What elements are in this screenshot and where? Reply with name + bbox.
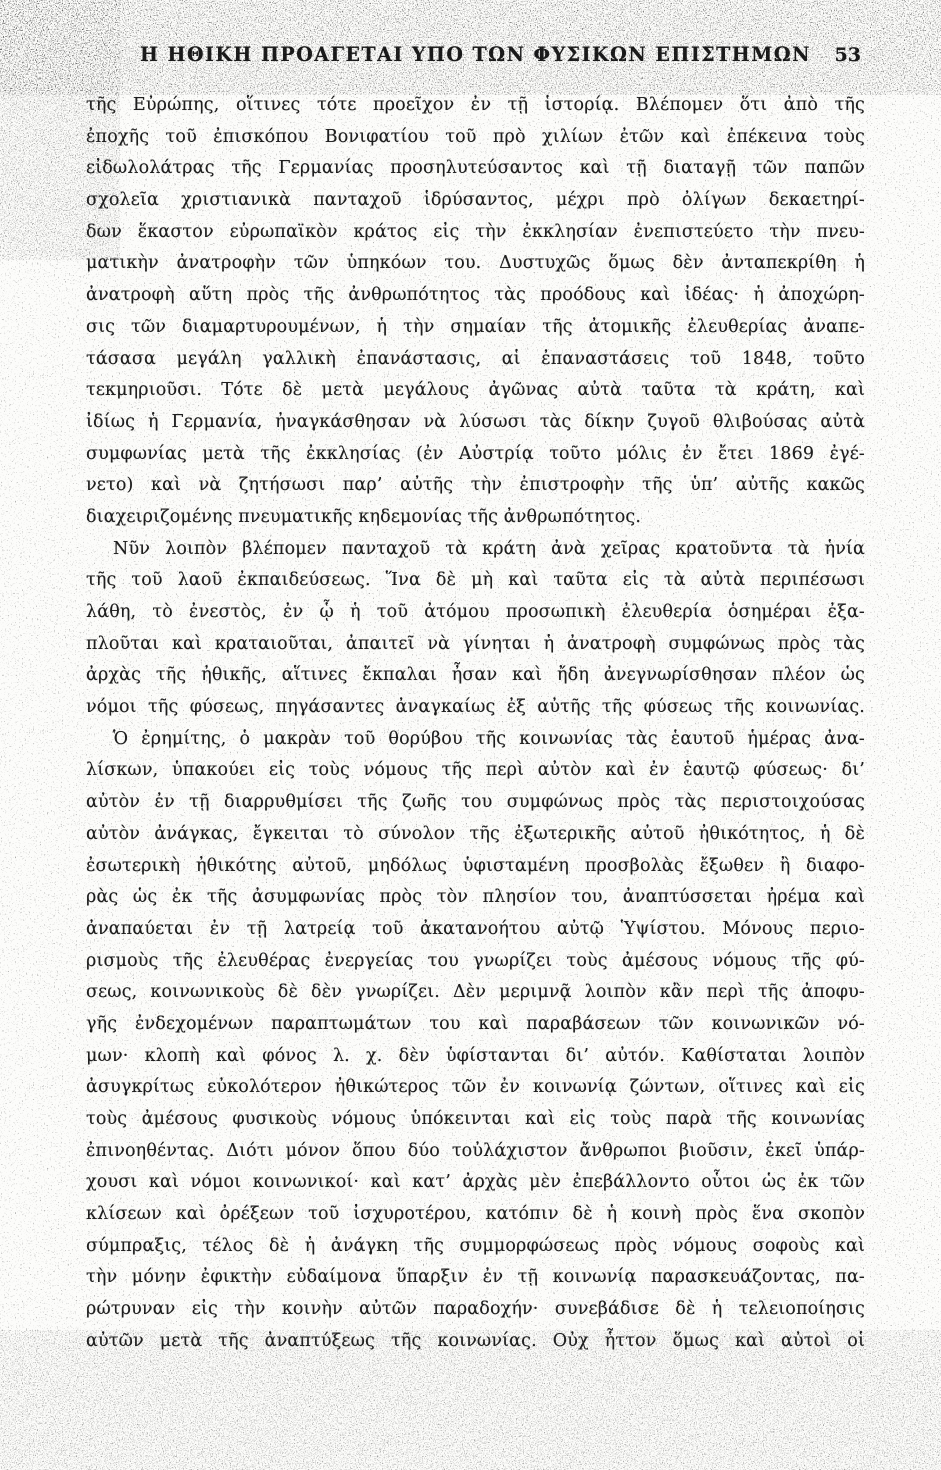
scanned-book-page: Η ΗΘΙΚΗ ΠΡΟΑΓΕΤΑΙ ΥΠΟ ΤΩΝ ΦΥΣΙΚΩΝ ΕΠΙΣΤΗ… [0, 0, 941, 1470]
text-line: νόμοι τῆς φύσεως, πηγάσαντες ἀναγκαίως ἐ… [86, 692, 865, 724]
text-line: ρισμοὺς τῆς ἐλευθέρας ἐνεργείας του γνωρ… [86, 946, 865, 978]
text-line: ἐσωτερικὴ ἠθικότης αὐτοῦ, μηδόλως ὑφιστα… [86, 851, 865, 883]
text-line: αὐτὸν ἀνάγκας, ἔγκειται τὸ σύνολον τῆς ἐ… [86, 819, 865, 851]
text-line: ἰδίως ἡ Γερμανία, ἠναγκάσθησαν νὰ λύσωσι… [86, 407, 865, 439]
text-line: τῆς τοῦ λαοῦ ἐκπαιδεύσεως. Ἵνα δὲ μὴ καὶ… [86, 565, 865, 597]
text-line: ἀναπαύεται ἐν τῇ λατρείᾳ τοῦ ἀκατανοήτου… [86, 914, 865, 946]
text-line: τάσασα μεγάλη γαλλικὴ ἐπανάστασις, αἱ ἐπ… [86, 344, 865, 376]
text-line: λίσκων, ὑπακούει εἰς τοὺς νόμους τῆς περ… [86, 755, 865, 787]
text-line: ἀσυγκρίτως εὐκολότερον ἠθικώτερος τῶν ἐν… [86, 1072, 865, 1104]
text-line: διαχειριζομένης πνευματικῆς κηδεμονίας τ… [86, 502, 865, 534]
paragraph: Νῦν λοιπὸν βλέπομεν πανταχοῦ τὰ κράτη ἀν… [86, 534, 865, 724]
text-line: αὐτὸν ἐν τῇ διαρρυθμίσει τῆς ζωῆς του συ… [86, 787, 865, 819]
text-line: χουσι καὶ νόμοι κοινωνικοί· καὶ κατ’ ἀρχ… [86, 1167, 865, 1199]
text-line: μων· κλοπὴ καὶ φόνος λ. χ. δὲν ὑφίσταντα… [86, 1041, 865, 1073]
text-line: Νῦν λοιπὸν βλέπομεν πανταχοῦ τὰ κράτη ἀν… [86, 534, 865, 566]
text-line: συμφωνίας μετὰ τῆς ἐκκλησίας (ἐν Αὐστρίᾳ… [86, 439, 865, 471]
text-line: ἐπινοηθέντας. Διότι μόνον ὅπου δύο τοὐλά… [86, 1136, 865, 1168]
page-number: 53 [835, 44, 861, 66]
text-block: τῆς Εὐρώπης, οἵτινες τότε προεῖχον ἐν τῇ… [86, 90, 865, 1358]
text-line: κλίσεων καὶ ὀρέξεων τοῦ ἰσχυροτέρου, κατ… [86, 1199, 865, 1231]
text-line: Ὁ ἐρημίτης, ὁ μακρὰν τοῦ θορύβου τῆς κοι… [86, 724, 865, 756]
text-line: αὐτῶν μετὰ τῆς ἀναπτύξεως τῆς κοινωνίας.… [86, 1326, 865, 1358]
text-line: σχολεῖα χριστιανικὰ πανταχοῦ ἱδρύσαντος,… [86, 185, 865, 217]
text-line: ματικὴν ἀνατροφὴν τῶν ὑπηκόων του. Δυστυ… [86, 248, 865, 280]
text-line: σεως, κοινωνικοὺς δὲ δὲν γνωρίζει. Δὲν μ… [86, 977, 865, 1009]
paragraph: Ὁ ἐρημίτης, ὁ μακρὰν τοῦ θορύβου τῆς κοι… [86, 724, 865, 1358]
text-line: τεκμηριοῦσι. Τότε δὲ μετὰ μεγάλους ἀγῶνα… [86, 375, 865, 407]
text-line: ἀνατροφὴ αὕτη πρὸς τῆς ἀνθρωπότητος τὰς … [86, 280, 865, 312]
text-line: δων ἕκαστον εὐρωπαϊκὸν κράτος εἰς τὴν ἐκ… [86, 217, 865, 249]
text-line: ἀρχὰς τῆς ἠθικῆς, αἵτινες ἔκπαλαι ἦσαν κ… [86, 660, 865, 692]
text-line: τοὺς ἀμέσους φυσικοὺς νόμους ὑπόκεινται … [86, 1104, 865, 1136]
text-line: σύμπραξις, τέλος δὲ ἡ ἀνάγκη τῆς συμμορφ… [86, 1231, 865, 1263]
text-line: τὴν μόνην ἐφικτὴν εὐδαίμονα ὕπαρξιν ἐν τ… [86, 1262, 865, 1294]
text-line: γῆς ἐνδεχομένων παραπτωμάτων του καὶ παρ… [86, 1009, 865, 1041]
running-head: Η ΗΘΙΚΗ ΠΡΟΑΓΕΤΑΙ ΥΠΟ ΤΩΝ ΦΥΣΙΚΩΝ ΕΠΙΣΤΗ… [86, 44, 865, 68]
text-line: ἐποχῆς τοῦ ἐπισκόπου Βονιφατίου τοῦ πρὸ … [86, 122, 865, 154]
text-line: εἰδωλολάτρας τῆς Γερμανίας προσηλυτεύσαν… [86, 153, 865, 185]
page-title: Η ΗΘΙΚΗ ΠΡΟΑΓΕΤΑΙ ΥΠΟ ΤΩΝ ΦΥΣΙΚΩΝ ΕΠΙΣΤΗ… [86, 44, 865, 66]
text-line: πλοῦται καὶ κραταιοῦται, ἀπαιτεῖ νὰ γίνη… [86, 629, 865, 661]
text-line: νετο) καὶ νὰ ζητήσωσι παρ’ αὐτῆς τὴν ἐπι… [86, 470, 865, 502]
text-line: ρώτρυναν εἰς τὴν κοινὴν αὐτῶν παραδοχήν·… [86, 1294, 865, 1326]
text-line: λάθη, τὸ ἐνεστὸς, ἐν ᾧ ἡ τοῦ ἀτόμου προσ… [86, 597, 865, 629]
paragraph: τῆς Εὐρώπης, οἵτινες τότε προεῖχον ἐν τῇ… [86, 90, 865, 534]
text-line: τῆς Εὐρώπης, οἵτινες τότε προεῖχον ἐν τῇ… [86, 90, 865, 122]
text-line: σις τῶν διαμαρτυρουμένων, ἡ τὴν σημαίαν … [86, 312, 865, 344]
text-line: ρὰς ὡς ἐκ τῆς ἀσυμφωνίας πρὸς τὸν πλησίο… [86, 882, 865, 914]
